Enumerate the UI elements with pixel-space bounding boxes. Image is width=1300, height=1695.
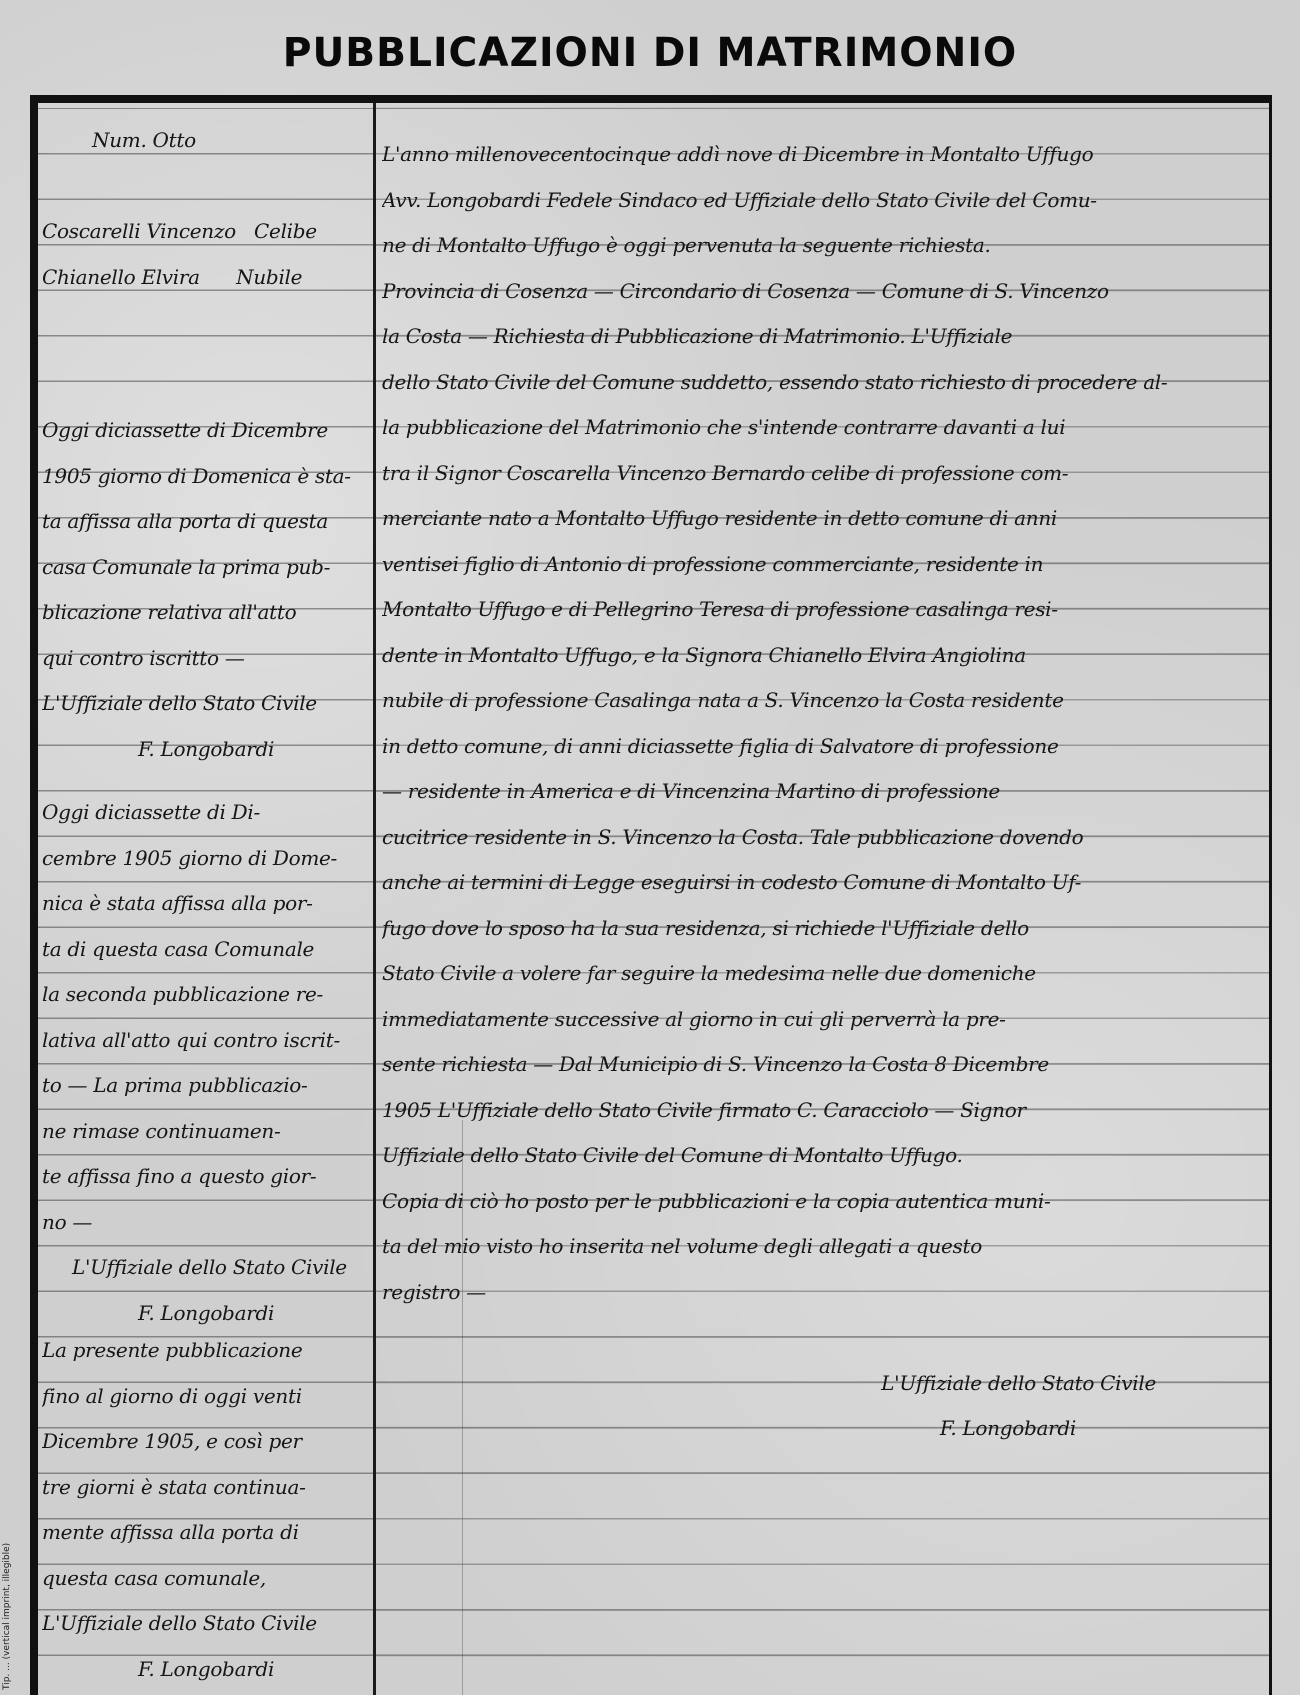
act-line: Montalto Uffugo e di Pellegrino Teresa d… [382, 587, 1266, 633]
printer-imprint: Tip. ... (vertical imprint, illegible) [2, 1420, 16, 1690]
act-line: merciante nato a Montalto Uffugo residen… [382, 496, 1266, 542]
act-line: dente in Montalto Uffugo, e la Signora C… [382, 633, 1266, 679]
note-line: cembre 1905 giorno di Dome- [42, 836, 370, 882]
act-line: sente richiesta — Dal Municipio di S. Vi… [382, 1042, 1266, 1088]
act-line: ne di Montalto Uffugo è oggi pervenuta l… [382, 223, 1266, 269]
blank-line [382, 1315, 1266, 1361]
signature: F. Longobardi [42, 727, 370, 773]
signature-title: L'Uffiziale dello Stato Civile [382, 1361, 1266, 1407]
act-line: ta del mio visto ho inserita nel volume … [382, 1224, 1266, 1270]
act-line: 1905 L'Uffiziale dello Stato Civile firm… [382, 1088, 1266, 1134]
final-publication-note: La presente pubblicazione fino al giorno… [42, 1328, 370, 1692]
note-line: te affissa fino a questo gior- [42, 1154, 370, 1200]
act-line: la Costa — Richiesta di Pubblicazione di… [382, 314, 1266, 360]
act-line: anche ai termini di Legge eseguirsi in c… [382, 860, 1266, 906]
act-line: cucitrice residente in S. Vincenzo la Co… [382, 815, 1266, 861]
note-line: Dicembre 1905, e così per [42, 1419, 370, 1465]
act-line: fugo dove lo sposo ha la sua residenza, … [382, 906, 1266, 952]
note-line: Oggi diciassette di Dicembre [42, 408, 370, 454]
second-publication-note: Oggi diciassette di Di- cembre 1905 gior… [42, 790, 370, 1336]
act-line: dello Stato Civile del Comune suddetto, … [382, 360, 1266, 406]
note-line: Oggi diciassette di Di- [42, 790, 370, 836]
note-line: no — [42, 1200, 370, 1246]
spouse-bride: Chianello Elvira Nubile [42, 255, 370, 301]
bride-name: Chianello Elvira [42, 265, 200, 289]
note-line: qui contro iscritto — [42, 636, 370, 682]
act-line: immediatamente successive al giorno in c… [382, 997, 1266, 1043]
spouse-groom: Coscarelli Vincenzo Celibe [42, 209, 370, 255]
note-line: to — La prima pubblicazio- [42, 1063, 370, 1109]
note-line: ne rimase continuamen- [42, 1109, 370, 1155]
column-divider [373, 103, 376, 1695]
note-line: lativa all'atto qui contro iscrit- [42, 1018, 370, 1064]
act-line: nubile di professione Casalinga nata a S… [382, 678, 1266, 724]
page-title: PUBBLICAZIONI DI MATRIMONIO [13, 30, 1287, 76]
note-line: ta di questa casa Comunale [42, 927, 370, 973]
groom-name: Coscarelli Vincenzo [42, 219, 236, 243]
act-line: Stato Civile a volere far seguire la med… [382, 951, 1266, 997]
blank-line [42, 164, 370, 210]
note-line: nica è stata affissa alla por- [42, 881, 370, 927]
groom-status: Celibe [254, 219, 317, 243]
act-line: — residente in America e di Vincenzina M… [382, 769, 1266, 815]
act-line: Avv. Longobardi Fedele Sindaco ed Uffizi… [382, 178, 1266, 224]
act-line: L'anno millenovecentocinque addì nove di… [382, 132, 1266, 178]
signature-title: L'Uffiziale dello Stato Civile [42, 681, 370, 727]
note-line: tre giorni è stata continua- [42, 1465, 370, 1511]
note-line: blicazione relativa all'atto [42, 590, 370, 636]
signature: F. Longobardi [382, 1406, 1266, 1452]
act-line: Copia di ciò ho posto per le pubblicazio… [382, 1179, 1266, 1225]
left-column: Num. Otto Coscarelli Vincenzo Celibe Chi… [42, 118, 370, 300]
note-line: questa casa comunale, [42, 1556, 370, 1602]
note-line: La presente pubblicazione [42, 1328, 370, 1374]
act-line: Provincia di Cosenza — Circondario di Co… [382, 269, 1266, 315]
note-line: fino al giorno di oggi venti [42, 1374, 370, 1420]
act-line: tra il Signor Coscarella Vincenzo Bernar… [382, 451, 1266, 497]
note-line: mente affissa alla porta di [42, 1510, 370, 1556]
act-line: in detto comune, di anni diciassette fig… [382, 724, 1266, 770]
note-line: ta affissa alla porta di questa [42, 499, 370, 545]
act-line: Uffiziale dello Stato Civile del Comune … [382, 1133, 1266, 1179]
bride-status: Nubile [236, 265, 302, 289]
signature-title: L'Uffiziale dello Stato Civile [42, 1601, 370, 1647]
act-line: ventisei figlio di Antonio di profession… [382, 542, 1266, 588]
main-act-text: L'anno millenovecentocinque addì nove di… [382, 132, 1266, 1452]
note-line: la seconda pubblicazione re- [42, 972, 370, 1018]
record-number: Num. Otto [42, 118, 370, 164]
signature: F. Longobardi [42, 1647, 370, 1693]
act-line: la pubblicazione del Matrimonio che s'in… [382, 405, 1266, 451]
first-publication-note: Oggi diciassette di Dicembre 1905 giorno… [42, 408, 370, 772]
note-line: casa Comunale la prima pub- [42, 545, 370, 591]
note-line: 1905 giorno di Domenica è sta- [42, 454, 370, 500]
act-line: registro — [382, 1270, 1266, 1316]
signature-title: L'Uffiziale dello Stato Civile [42, 1245, 370, 1291]
